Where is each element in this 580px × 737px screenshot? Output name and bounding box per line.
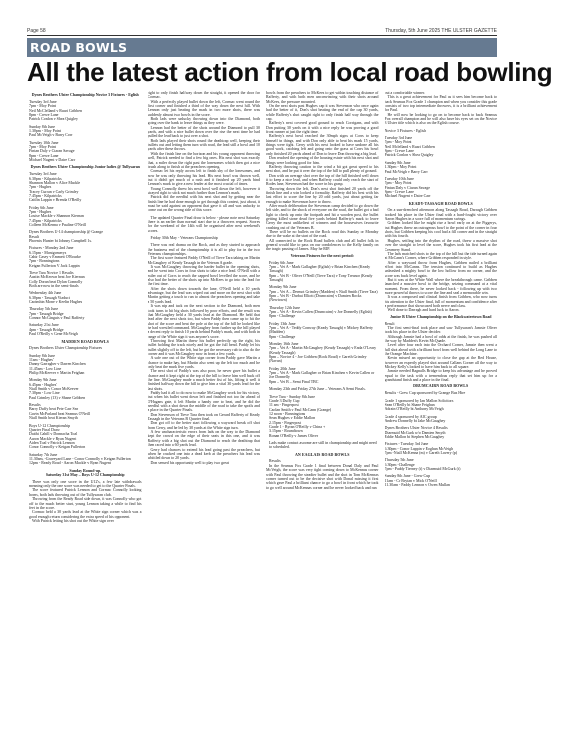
paragraph: With a perfectly played bullet down the … xyxy=(148,100,261,117)
column-1: Dynes Brothers Ulster Championship Novic… xyxy=(29,91,142,731)
notice: Lads make contact asoome are still in ch… xyxy=(266,441,379,450)
subheading: Junior B Ulster Championship on the Blac… xyxy=(385,315,498,319)
paragraph: After much deliberation the Stevenson ca… xyxy=(266,204,379,230)
paragraph: Cormac let his reply across left to fini… xyxy=(148,169,261,186)
fixture-block: Sunday 8th June 11am - Hughes' Danny Gar… xyxy=(29,354,142,376)
article-columns: Dynes Brothers Ulster Championship Novic… xyxy=(29,91,497,731)
dateline: Thursday, 5th June 2025 THE ULSTER GAZET… xyxy=(385,28,497,34)
section-banner: ROAD BOWLS xyxy=(27,38,497,57)
fixture-block: Friday 20th June 7pm – Vet A - Mark Gall… xyxy=(266,367,379,384)
paragraph: Rafferty's next bowl reached the 30mph s… xyxy=(266,134,379,156)
results-block: Grade 4 sponsored by AIC group Andrew Do… xyxy=(385,415,498,424)
fixture-block: Boys U-12 Championship Quarter Final Dra… xyxy=(29,424,142,450)
fixture-block: Thursday 5th June 7pm - Tassagh Bridge C… xyxy=(29,307,142,320)
paragraph: With Patrick letting his shot out the Wh… xyxy=(29,519,142,523)
column-2: right to only finish halfway down the st… xyxy=(148,91,261,731)
paragraph: Both lads played their shots round the d… xyxy=(148,139,261,152)
paragraph: Don with an average shot over the top of… xyxy=(266,174,379,187)
fixture-block: Tuesday 3rd June 7pm - Moy Point Neil Mc… xyxy=(29,100,142,122)
paragraph: It was nip and tuck on the next section … xyxy=(148,304,261,339)
subheading: Dynes Brothers Ulster Championship Novic… xyxy=(29,93,142,97)
paragraph: Throwing down the left, Don's next shot … xyxy=(266,187,379,204)
fixture-block: Tuesday 3rd June 6.30pm - Kilpatricks Sh… xyxy=(29,172,142,202)
club-heading: DRUMCAIRN ROAD BOWLS xyxy=(385,384,498,388)
club-heading: AN EAGLAIS ROAD BOWLS xyxy=(266,453,379,457)
paragraph: Well done to Darragh and hard luck to Aa… xyxy=(385,308,498,312)
results-block: Dynes Brothers Ulster Novice 4 Results D… xyxy=(385,426,498,439)
fixture-block: Wednesday 4th June 6.30pm - Tassagh Viad… xyxy=(29,291,142,304)
fixture-block: Thursday 5th June 6.30pm -Challenge 7pm … xyxy=(385,458,498,471)
page-header: Page 58 Thursday, 5th June 2025 THE ULST… xyxy=(27,28,497,36)
subheading: Dynes Brothers Ulster Championship Junio… xyxy=(29,165,142,169)
results-block: Results Barry Duffy beat Pete Carr Snr G… xyxy=(29,403,142,420)
paragraph: He will now be looking to go on to becom… xyxy=(385,113,498,126)
paragraph: Jamsie needed Bagnalls Bridge to keep hi… xyxy=(385,369,498,382)
paragraph: Throwing first Martin threw his bullet p… xyxy=(148,339,261,356)
paragraph: All connected to the Rock Road bullets c… xyxy=(266,239,379,252)
paragraph: The updated Quarter Final draw is below … xyxy=(148,216,261,233)
fixture-block: Monday 16th June 7pm – Vet A - Martin Mc… xyxy=(266,342,379,364)
paragraph: A few uncharacteristic errors from lads … xyxy=(148,430,261,447)
fixture-block: Friday 13th June 7pm – Vet A - Teddy Con… xyxy=(266,322,379,339)
paragraph: Patrick did the needful with his next sh… xyxy=(148,195,261,212)
paragraph: But it was at the White Wall where the b… xyxy=(385,278,498,295)
club-heading: MADDEN ROAD BOWLS xyxy=(29,340,142,344)
club-heading: KEADY-TASSAGH ROAD BOWLS xyxy=(385,202,498,206)
fixture-block: Tieve Tara Novice 1 Results Austin McKeo… xyxy=(29,271,142,288)
fixture-block: Thursday 12th June 7pm – Vet A - Kevin C… xyxy=(266,306,379,319)
paragraph: Gribben looked like he might rise a bowl… xyxy=(385,221,498,238)
paragraph: After the shots down towards the lane, O… xyxy=(148,287,261,304)
fixture-block: Sunday 8th June 1.30pm - Moy Point Paul … xyxy=(385,161,498,174)
fixture-block: Saturday 21st June 4pm - Tassagh Bridge … xyxy=(29,323,142,336)
paragraph: This is a great achievement for Paul as … xyxy=(385,95,498,112)
fixture-block: Dynes Brothers Ulster Championship Fixtu… xyxy=(29,346,142,350)
fixture-block: Tieve Tara - Sunday 8th June Grade 3 Duf… xyxy=(266,395,379,438)
fixture-block: Sunday 8th June 1.30pm - Moy Point Paul … xyxy=(29,125,142,138)
fixture-block: Monday 9th June 6.45pm - Hughes' Niall S… xyxy=(29,378,142,400)
fixture-block: Monday 23th and Friday 27th June – Veter… xyxy=(266,387,379,391)
fixture-heading: Novice 3 Fixtures - Eglish xyxy=(385,129,498,133)
fixture-block: Monday 9th June 7pm – Vet A – Dermot Gri… xyxy=(266,285,379,302)
subheading: Veterans Fixtures for the next period: xyxy=(266,254,379,258)
paragraph: Don sensed his opportunity well to play … xyxy=(148,461,261,465)
fixture-block: Friday 6th June 7pm – Vet A - Mark Galla… xyxy=(266,261,379,283)
paragraph: With the finish line on the horizon and … xyxy=(148,152,261,169)
fixture-block: Tuesday 3rd June 7pm - Moy Point Neil Mc… xyxy=(385,136,498,158)
fixture-block: Sunday 8th June - Grew Cup 11am - Cr Bry… xyxy=(385,474,498,487)
paragraph: It was McGaughey throwing the harder bul… xyxy=(148,265,261,287)
paragraph: Lennon had the better of the shots aroun… xyxy=(148,126,261,139)
fixture-block: Tuesday 10th June 7pm - Moy Point Fintan… xyxy=(29,141,142,163)
fixture-block: Fixtures - Monday 2nd June 6.15pm - Mont… xyxy=(29,246,142,268)
paragraph: Hughes, settling into the rhythm of the … xyxy=(385,239,498,252)
paragraph: Gerry had chances to extend his lead goi… xyxy=(148,448,261,461)
fixture-block: Saturday 7th June 11.30am, -Graveyard La… xyxy=(29,453,142,466)
paragraph: On the next shots past Hughes cap it was… xyxy=(266,104,379,121)
subheading: Sunday Round-up. Saturday 31st May – Boy… xyxy=(29,469,142,478)
column-4: out a comfortable winner. This is a grea… xyxy=(385,91,498,731)
headline: All the latest action from local road bo… xyxy=(27,58,497,86)
paragraph: After a wayward throw from Hughes, Gribb… xyxy=(385,261,498,278)
paragraph: In the Seamus Fox Grade 1 final between … xyxy=(266,464,379,490)
paragraph: The next shot of Paddy's was also poor, … xyxy=(148,369,261,391)
fixture-block: Fixtures - Tuesday 3rd June 6.30pm - Con… xyxy=(385,442,498,455)
fixture-block: Tuesday 10th June 7pm - Moy Point Fintan… xyxy=(385,177,498,199)
page-number: Page 58 xyxy=(27,28,46,34)
paragraph: Paddy had it all to do now to make McGau… xyxy=(148,391,261,413)
results-heading: Results - Grew Cup sponsored by Grange B… xyxy=(385,391,498,395)
column-3: bowls from the preachers to McKees to ge… xyxy=(266,91,379,731)
fixture-block: Dynes Brothers U-14 championship @ Grang… xyxy=(29,230,142,243)
fixture-block: Friday 6th June 7pm - Hughes Louise Mack… xyxy=(29,206,142,228)
results-block: Grade 1 sponsored by Ian Mallon Solicito… xyxy=(385,399,498,412)
